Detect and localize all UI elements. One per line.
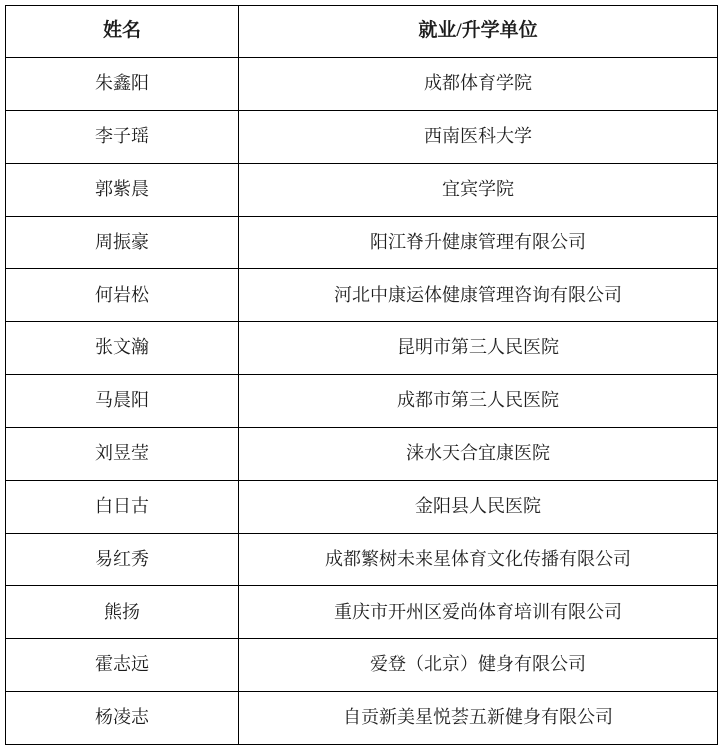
table-row: 杨凌志 自贡新美星悦荟五新健身有限公司 bbox=[6, 692, 718, 745]
name-cell: 杨凌志 bbox=[6, 692, 239, 745]
unit-cell: 宜宾学院 bbox=[239, 163, 718, 216]
name-cell: 熊扬 bbox=[6, 586, 239, 639]
header-row: 姓名 就业/升学单位 bbox=[6, 6, 718, 58]
unit-cell: 自贡新美星悦荟五新健身有限公司 bbox=[239, 692, 718, 745]
table-row: 刘昱莹 涞水天合宜康医院 bbox=[6, 427, 718, 480]
table-row: 周振豪 阳江脊升健康管理有限公司 bbox=[6, 216, 718, 269]
name-cell: 白日古 bbox=[6, 480, 239, 533]
unit-cell: 金阳县人民医院 bbox=[239, 480, 718, 533]
table-row: 熊扬 重庆市开州区爱尚体育培训有限公司 bbox=[6, 586, 718, 639]
table-row: 李子瑶 西南医科大学 bbox=[6, 110, 718, 163]
unit-cell: 西南医科大学 bbox=[239, 110, 718, 163]
unit-cell: 成都体育学院 bbox=[239, 58, 718, 111]
name-cell: 张文瀚 bbox=[6, 322, 239, 375]
table-row: 易红秀 成都繁树未来星体育文化传播有限公司 bbox=[6, 533, 718, 586]
unit-cell: 河北中康运体健康管理咨询有限公司 bbox=[239, 269, 718, 322]
name-cell: 霍志远 bbox=[6, 639, 239, 692]
unit-cell: 阳江脊升健康管理有限公司 bbox=[239, 216, 718, 269]
column-header-unit: 就业/升学单位 bbox=[239, 6, 718, 58]
employment-table-container: 姓名 就业/升学单位 朱鑫阳 成都体育学院 李子瑶 西南医科大学 郭紫晨 宜宾学… bbox=[0, 0, 722, 754]
name-cell: 朱鑫阳 bbox=[6, 58, 239, 111]
unit-cell: 昆明市第三人民医院 bbox=[239, 322, 718, 375]
name-cell: 刘昱莹 bbox=[6, 427, 239, 480]
unit-cell: 涞水天合宜康医院 bbox=[239, 427, 718, 480]
table-row: 何岩松 河北中康运体健康管理咨询有限公司 bbox=[6, 269, 718, 322]
name-cell: 何岩松 bbox=[6, 269, 239, 322]
table-row: 郭紫晨 宜宾学院 bbox=[6, 163, 718, 216]
column-header-name: 姓名 bbox=[6, 6, 239, 58]
table-row: 霍志远 爱登（北京）健身有限公司 bbox=[6, 639, 718, 692]
unit-cell: 成都繁树未来星体育文化传播有限公司 bbox=[239, 533, 718, 586]
name-cell: 易红秀 bbox=[6, 533, 239, 586]
table-row: 朱鑫阳 成都体育学院 bbox=[6, 58, 718, 111]
employment-table: 姓名 就业/升学单位 朱鑫阳 成都体育学院 李子瑶 西南医科大学 郭紫晨 宜宾学… bbox=[5, 5, 718, 745]
unit-cell: 成都市第三人民医院 bbox=[239, 375, 718, 428]
name-cell: 郭紫晨 bbox=[6, 163, 239, 216]
name-cell: 周振豪 bbox=[6, 216, 239, 269]
table-row: 张文瀚 昆明市第三人民医院 bbox=[6, 322, 718, 375]
unit-cell: 爱登（北京）健身有限公司 bbox=[239, 639, 718, 692]
table-row: 白日古 金阳县人民医院 bbox=[6, 480, 718, 533]
unit-cell: 重庆市开州区爱尚体育培训有限公司 bbox=[239, 586, 718, 639]
name-cell: 马晨阳 bbox=[6, 375, 239, 428]
name-cell: 李子瑶 bbox=[6, 110, 239, 163]
table-row: 马晨阳 成都市第三人民医院 bbox=[6, 375, 718, 428]
